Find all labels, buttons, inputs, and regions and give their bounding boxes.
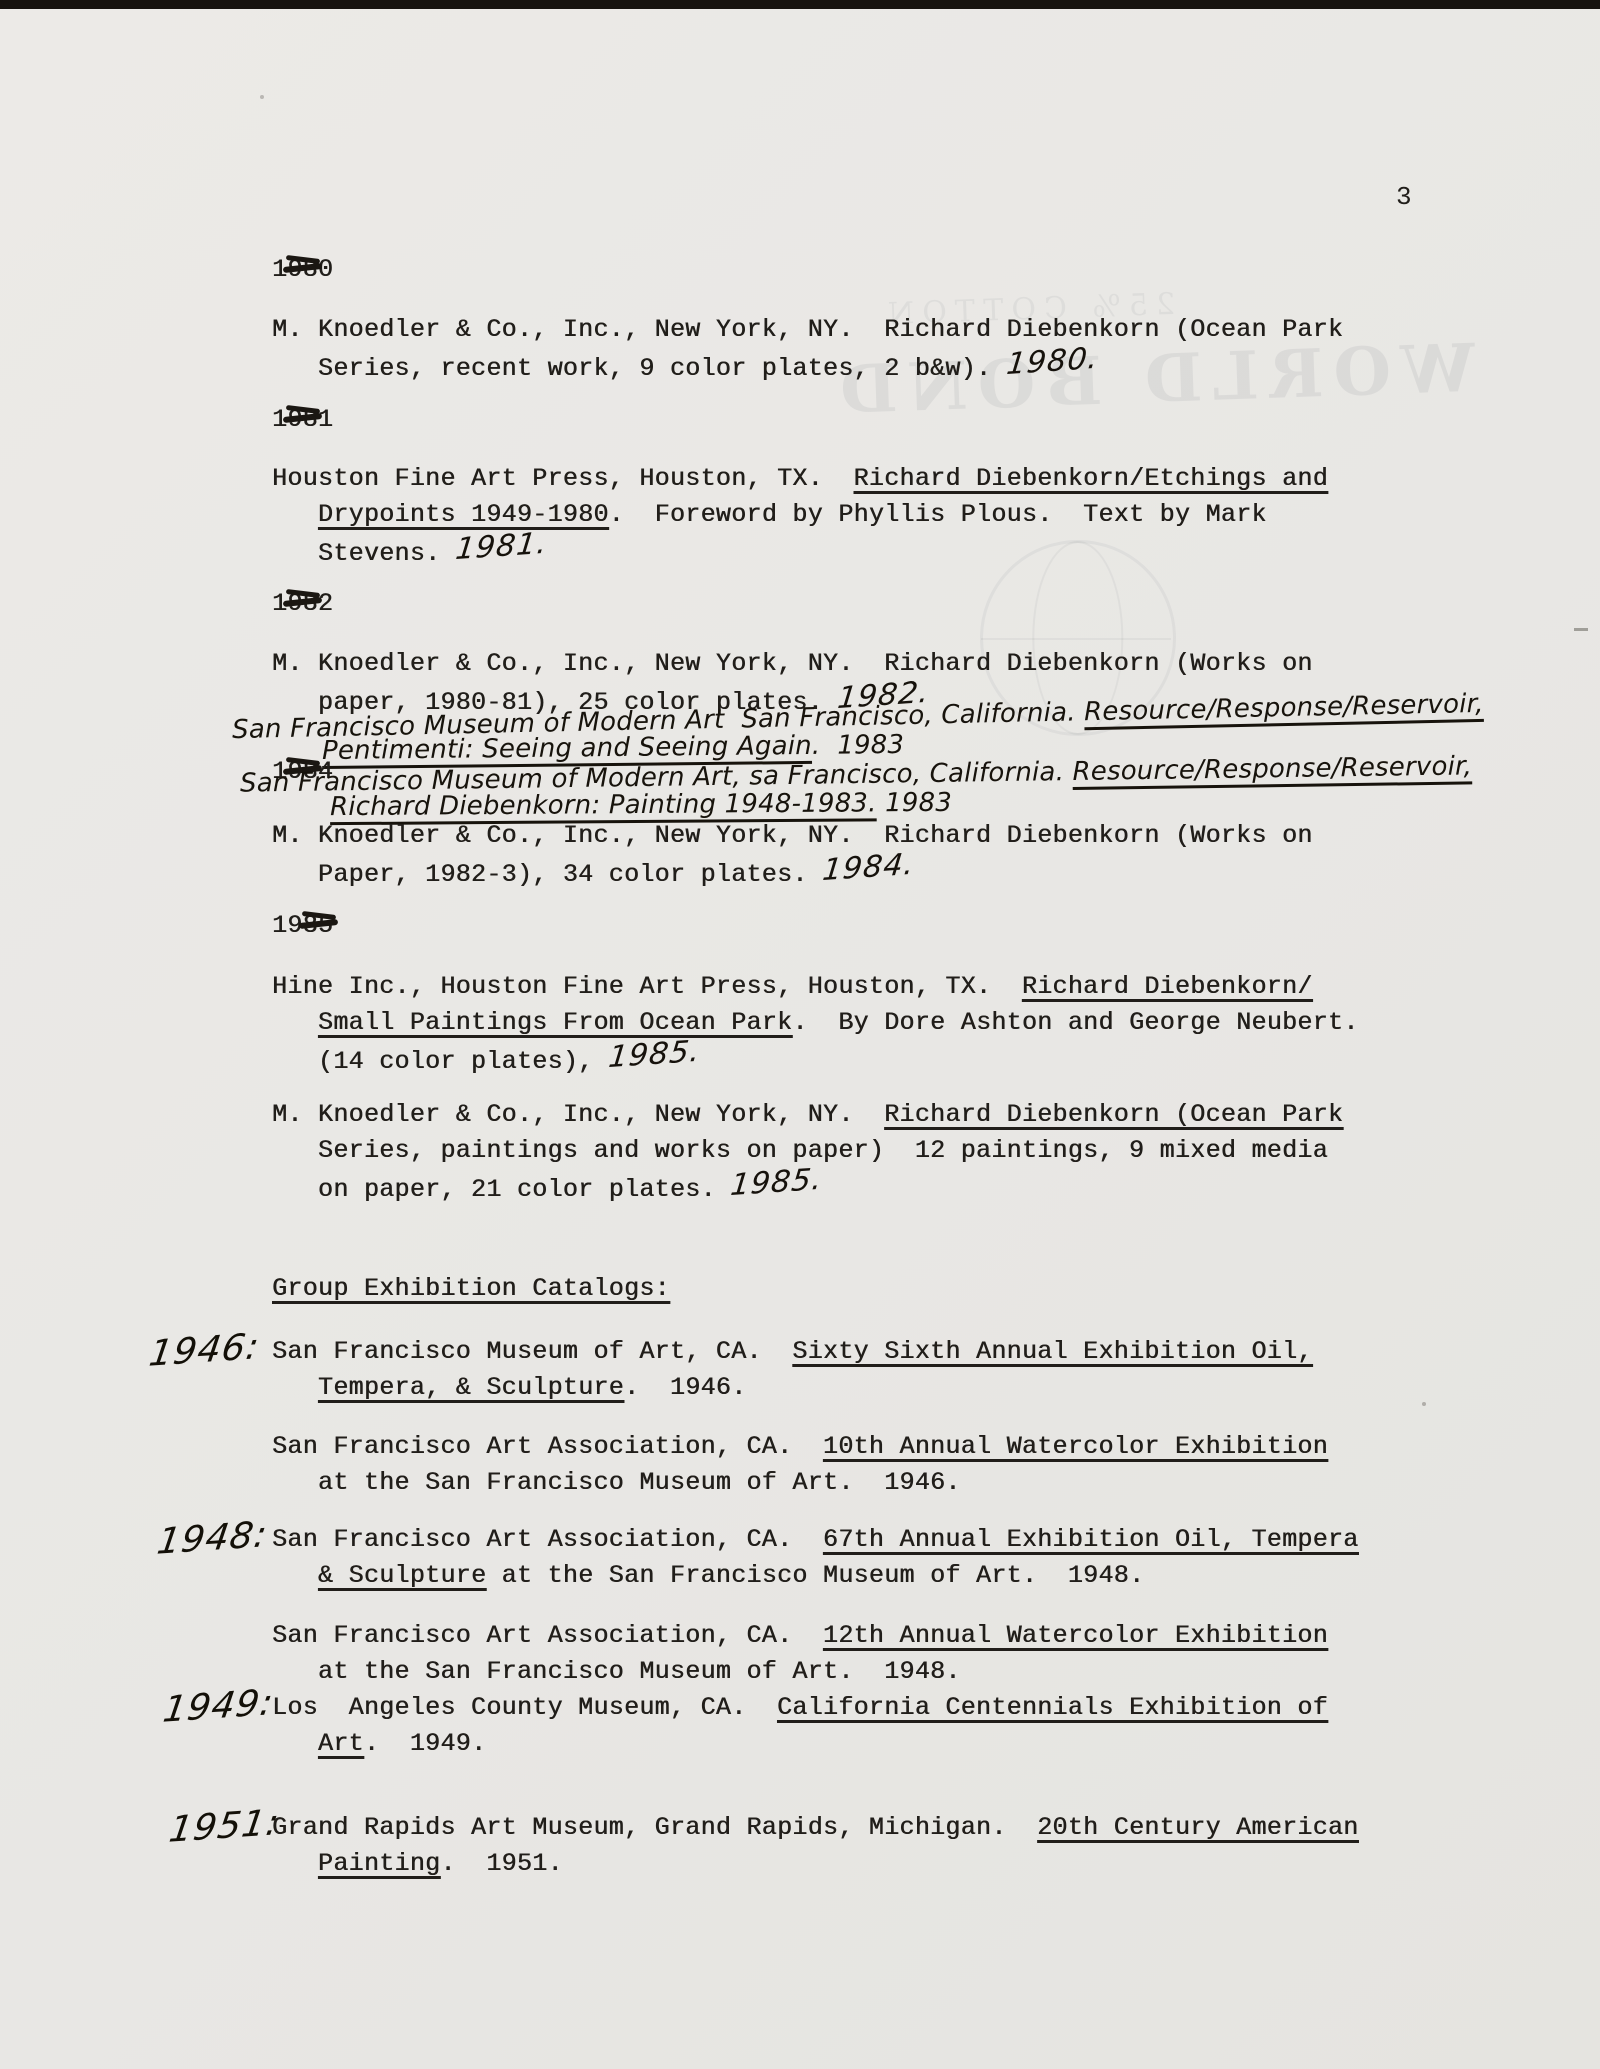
entry-line: Small Paintings From Ocean Park. By Dore… [272, 1005, 1359, 1041]
entry-knoedler-1980: M. Knoedler & Co., Inc., New York, NY. R… [272, 312, 1343, 387]
underlined-title: California Centennials Exhibition of [777, 1693, 1328, 1722]
underlined-title: Drypoints 1949-1980 [318, 500, 609, 529]
entry-line: Paper, 1982-3), 34 color plates. 1984. [272, 854, 1313, 893]
margin-year-1946: 1946: [146, 1326, 262, 1374]
scanner-edge [0, 0, 1600, 9]
underlined-title: Painting [318, 1849, 440, 1878]
scribbled-out-digits: 98 [287, 402, 318, 438]
entry-knoedler-1985: M. Knoedler & Co., Inc., New York, NY. R… [272, 1097, 1343, 1208]
underlined-title: & Sculpture [318, 1561, 486, 1590]
scanned-document-page: 25% COTTON WORLD BOND 3 1980 M. Knoedler… [0, 0, 1600, 2069]
underlined-title: Small Paintings From Ocean Park [318, 1008, 792, 1037]
year-digit: 0 [318, 255, 333, 284]
year-digit: 1 [318, 405, 333, 434]
entry-line: Tempera, & Sculpture. 1946. [272, 1370, 1313, 1406]
entry-grand-rapids-1951: Grand Rapids Art Museum, Grand Rapids, M… [272, 1810, 1358, 1882]
underlined-title: Sixty Sixth Annual Exhibition Oil, [792, 1337, 1312, 1366]
entry-sfaa-67th-1948: San Francisco Art Association, CA. 67th … [272, 1522, 1358, 1594]
entry-line: Los Angeles County Museum, CA. Californi… [272, 1690, 1328, 1726]
entry-sfaa-12th-1948: San Francisco Art Association, CA. 12th … [272, 1618, 1328, 1690]
year-heading-1980: 1980 [272, 252, 333, 288]
entry-lacm-1949: Los Angeles County Museum, CA. Californi… [272, 1690, 1328, 1762]
entry-knoedler-1984: M. Knoedler & Co., Inc., New York, NY. R… [272, 818, 1313, 893]
entry-line: M. Knoedler & Co., Inc., New York, NY. R… [272, 312, 1343, 348]
entry-line: Stevens. 1981. [272, 533, 1328, 572]
margin-year-1949: 1949: [160, 1682, 276, 1730]
handwritten-year: 1985. [606, 1034, 702, 1076]
entry-line: M. Knoedler & Co., Inc., New York, NY. R… [272, 1097, 1343, 1133]
entry-line: San Francisco Museum of Art, CA. Sixty S… [272, 1334, 1313, 1370]
scribbled-out-digits: 98 [287, 586, 318, 622]
margin-year-1948: 1948: [154, 1514, 270, 1562]
year-heading-1985: 1985 [272, 908, 333, 944]
scribbled-out-digits: 98 [287, 252, 318, 288]
underlined-title: Richard Diebenkorn (Ocean Park [884, 1100, 1343, 1129]
entry-line: Grand Rapids Art Museum, Grand Rapids, M… [272, 1810, 1358, 1846]
underlined-title: Art [318, 1729, 364, 1758]
entry-line: (14 color plates), 1985. [272, 1041, 1359, 1080]
handwritten-year: 1984. [821, 847, 917, 889]
entry-line: at the San Francisco Museum of Art. 1948… [272, 1654, 1328, 1690]
entry-line: San Francisco Art Association, CA. 12th … [272, 1618, 1328, 1654]
scan-speck [260, 95, 264, 99]
handwritten-underlined-title: Resource/Response/Reservoir, [1072, 751, 1472, 787]
margin-year-1951: 1951: [166, 1802, 282, 1850]
entry-hine-1985: Hine Inc., Houston Fine Art Press, Houst… [272, 969, 1359, 1080]
year-heading-1981: 1981 [272, 402, 333, 438]
page-number: 3 [1396, 182, 1412, 212]
entry-line: San Francisco Art Association, CA. 67th … [272, 1522, 1358, 1558]
underlined-title: Tempera, & Sculpture [318, 1373, 624, 1402]
underlined-title: 20th Century American [1037, 1813, 1358, 1842]
year-digit: 2 [318, 589, 333, 618]
entry-line: San Francisco Art Association, CA. 10th … [272, 1429, 1328, 1465]
scan-speck [1422, 1402, 1426, 1406]
section-heading-group-exhibition-catalogs: Group Exhibition Catalogs: [272, 1271, 670, 1307]
entry-line: Painting. 1951. [272, 1846, 1358, 1882]
scribbled-out-digits: 85 [303, 908, 334, 944]
entry-line: M. Knoedler & Co., Inc., New York, NY. R… [272, 818, 1313, 854]
entry-line: M. Knoedler & Co., Inc., New York, NY. R… [272, 646, 1313, 682]
underlined-title: 67th Annual Exhibition Oil, Tempera [823, 1525, 1359, 1554]
entry-houston-1981: Houston Fine Art Press, Houston, TX. Ric… [272, 461, 1328, 572]
handwritten-year: 1980. [1004, 341, 1100, 383]
scan-speck [1574, 628, 1588, 631]
year-heading-1982: 1982 [272, 586, 333, 622]
handwritten-year: 1985. [729, 1162, 825, 1204]
entry-line: Hine Inc., Houston Fine Art Press, Houst… [272, 969, 1359, 1005]
underlined-title: Richard Diebenkorn/ [1022, 972, 1313, 1001]
entry-sfaa-10th-1946: San Francisco Art Association, CA. 10th … [272, 1429, 1328, 1501]
underlined-title: 10th Annual Watercolor Exhibition [823, 1432, 1328, 1461]
entry-line: on paper, 21 color plates. 1985. [272, 1169, 1343, 1208]
entry-line: Series, recent work, 9 color plates, 2 b… [272, 348, 1343, 387]
entry-line: & Sculpture at the San Francisco Museum … [272, 1558, 1358, 1594]
year-digit: 19 [272, 911, 303, 940]
underlined-title: 12th Annual Watercolor Exhibition [823, 1621, 1328, 1650]
handwritten-year: 1981. [453, 526, 549, 568]
entry-sfma-1946: San Francisco Museum of Art, CA. Sixty S… [272, 1334, 1313, 1406]
entry-line: at the San Francisco Museum of Art. 1946… [272, 1465, 1328, 1501]
underlined-title: Richard Diebenkorn/Etchings and [854, 464, 1328, 493]
entry-line: Art. 1949. [272, 1726, 1328, 1762]
entry-line: Drypoints 1949-1980. Foreword by Phyllis… [272, 497, 1328, 533]
entry-line: Houston Fine Art Press, Houston, TX. Ric… [272, 461, 1328, 497]
